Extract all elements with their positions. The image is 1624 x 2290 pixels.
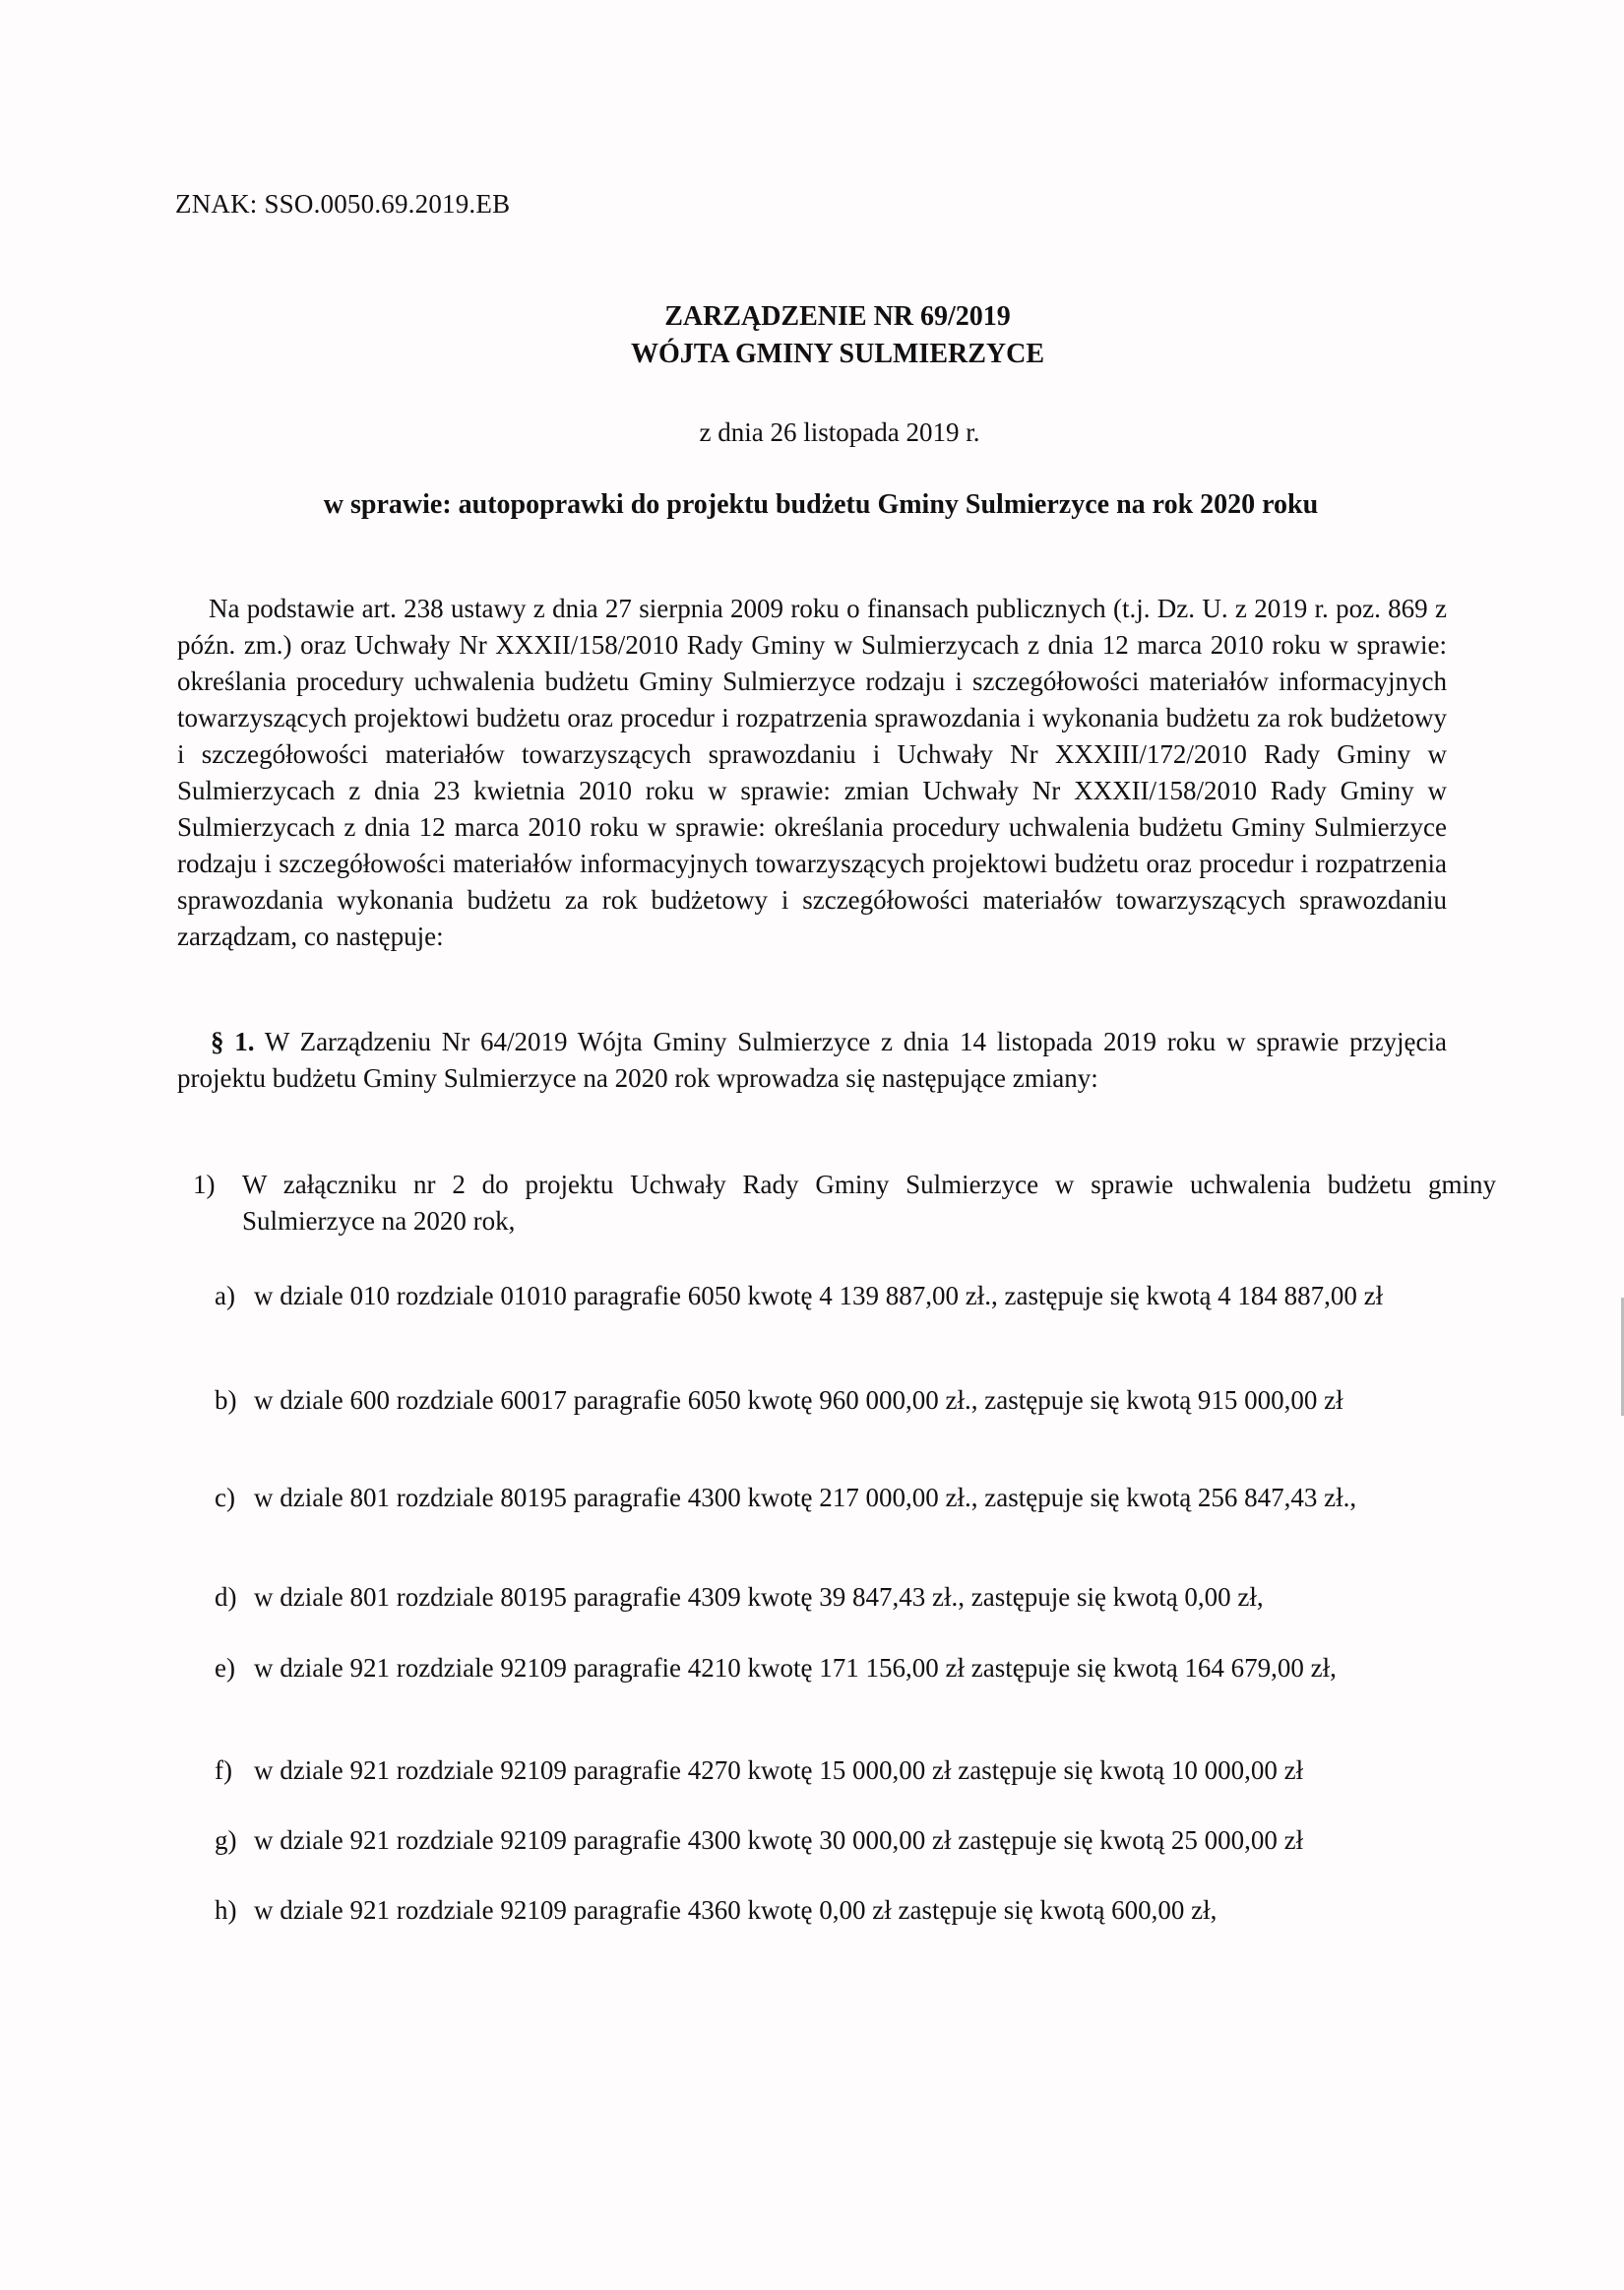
subject-text: w sprawie: autopoprawki do projektu budż… — [324, 489, 1318, 520]
subitem-text: w dziale 921 rozdziale 92109 paragrafie … — [254, 1653, 1337, 1683]
subitem-f: f)w dziale 921 rozdziale 92109 paragrafi… — [215, 1752, 1486, 1789]
subitem-text: w dziale 600 rozdziale 60017 paragrafie … — [254, 1385, 1343, 1415]
subitem-a: a)w dziale 010 rozdziale 01010 paragrafi… — [215, 1278, 1486, 1314]
subitem-text: w dziale 801 rozdziale 80195 paragrafie … — [254, 1483, 1356, 1512]
subitem-text: w dziale 010 rozdziale 01010 paragrafie … — [254, 1281, 1383, 1310]
section-1-text: W Zarządzeniu Nr 64/2019 Wójta Gminy Sul… — [177, 1027, 1447, 1093]
legal-basis-paragraph: Na podstawie art. 238 ustawy z dnia 27 s… — [177, 591, 1447, 955]
subitem-label: f) — [215, 1752, 254, 1789]
section-1-label: § 1. — [211, 1027, 255, 1056]
subitem-label: g) — [215, 1822, 254, 1859]
title-line-1: ZARZĄDZENIE NR 69/2019 — [26, 298, 1624, 336]
subitem-e: e)w dziale 921 rozdziale 92109 paragrafi… — [215, 1650, 1486, 1686]
subitem-label: c) — [215, 1480, 254, 1516]
subitem-text: w dziale 921 rozdziale 92109 paragrafie … — [254, 1755, 1303, 1785]
subitem-h: h)w dziale 921 rozdziale 92109 paragrafi… — [215, 1892, 1486, 1929]
subitem-label: d) — [215, 1579, 254, 1616]
document-date: z dnia 26 listopada 2019 r. — [0, 417, 1624, 448]
subitem-b: b)w dziale 600 rozdziale 60017 paragrafi… — [215, 1382, 1486, 1419]
item-1: 1)W załączniku nr 2 do projektu Uchwały … — [193, 1167, 1496, 1240]
section-1: § 1. W Zarządzeniu Nr 64/2019 Wójta Gmin… — [177, 1024, 1447, 1097]
document-subject: w sprawie: autopoprawki do projektu budż… — [0, 489, 1624, 521]
item-1-label: 1) — [193, 1167, 242, 1203]
title-line-2: WÓJTA GMINY SULMIERZYCE — [26, 336, 1624, 373]
subitem-label: b) — [215, 1382, 254, 1419]
date-text: z dnia 26 listopada 2019 r. — [700, 417, 980, 447]
subitem-text: w dziale 801 rozdziale 80195 paragrafie … — [254, 1582, 1264, 1612]
document-page: ZNAK: SSO.0050.69.2019.EB ZARZĄDZENIE NR… — [0, 0, 1624, 2290]
subitem-text: w dziale 921 rozdziale 92109 paragrafie … — [254, 1895, 1217, 1925]
subitem-label: a) — [215, 1278, 254, 1314]
item-1-text: W załączniku nr 2 do projektu Uchwały Ra… — [242, 1170, 1496, 1236]
document-reference: ZNAK: SSO.0050.69.2019.EB — [175, 189, 510, 220]
subitem-d: d)w dziale 801 rozdziale 80195 paragrafi… — [215, 1579, 1486, 1616]
subitem-g: g)w dziale 921 rozdziale 92109 paragrafi… — [215, 1822, 1486, 1859]
subitem-c: c)w dziale 801 rozdziale 80195 paragrafi… — [215, 1480, 1486, 1516]
subitem-label: h) — [215, 1892, 254, 1929]
subitem-label: e) — [215, 1650, 254, 1686]
document-title: ZARZĄDZENIE NR 69/2019 WÓJTA GMINY SULMI… — [0, 298, 1624, 373]
subitem-text: w dziale 921 rozdziale 92109 paragrafie … — [254, 1825, 1303, 1855]
